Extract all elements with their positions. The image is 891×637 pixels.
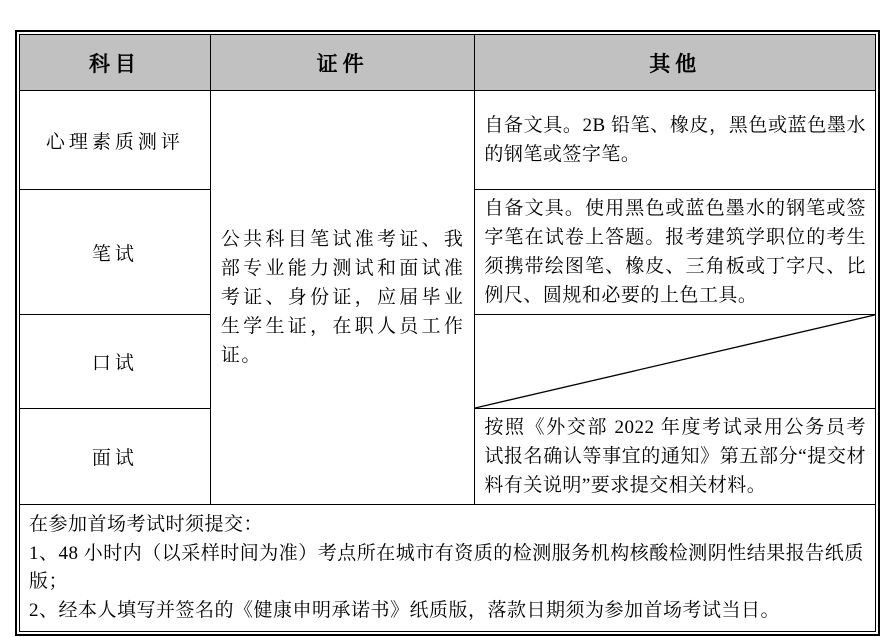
footer-line-item2: 2、经本人填写并签名的《健康申明承诺书》纸质版，落款日期须为参加首场考试当日。 — [29, 597, 866, 626]
credentials-merged-cell: 公共科目笔试准考证、我部专业能力测试和面试准考证、身份证，应届毕业生学生证，在职… — [210, 91, 475, 505]
diagonal-slash-line — [475, 315, 875, 408]
subject-oral-test: 口试 — [20, 315, 211, 409]
footer-notes-cell: 在参加首场考试时须提交： 1、48 小时内（以采样时间为准）考点所在城市有资质的… — [20, 505, 876, 632]
other-oral-test-empty-cell — [475, 315, 876, 409]
exam-requirements-table: 科目 证件 其他 心理素质测评 公共科目笔试准考证、我部专业能力测试和面试准考证… — [19, 34, 876, 632]
table-row-psych-assessment: 心理素质测评 公共科目笔试准考证、我部专业能力测试和面试准考证、身份证，应届毕业… — [20, 91, 876, 190]
exam-requirements-table-frame: 科目 证件 其他 心理素质测评 公共科目笔试准考证、我部专业能力测试和面试准考证… — [15, 30, 880, 636]
table-footer-row: 在参加首场考试时须提交： 1、48 小时内（以采样时间为准）考点所在城市有资质的… — [20, 505, 876, 632]
subject-interview: 面试 — [20, 409, 211, 505]
footer-line-intro: 在参加首场考试时须提交： — [29, 511, 866, 540]
table-header-row: 科目 证件 其他 — [20, 35, 876, 91]
other-interview: 按照《外交部 2022 年度考试录用公务员考试报名确认等事宜的通知》第五部分“提… — [475, 409, 876, 505]
subject-psych-assessment: 心理素质测评 — [20, 91, 211, 190]
subject-written-test: 笔试 — [20, 190, 211, 315]
other-written-test: 自备文具。使用黑色或蓝色墨水的钢笔或签字笔在试卷上答题。报考建筑学职位的考生须携… — [475, 190, 876, 315]
other-psych-assessment: 自备文具。2B 铅笔、橡皮，黑色或蓝色墨水的钢笔或签字笔。 — [475, 91, 876, 190]
header-other: 其他 — [475, 35, 876, 91]
header-credentials: 证件 — [210, 35, 475, 91]
header-subject: 科目 — [20, 35, 211, 91]
footer-line-item1: 1、48 小时内（以采样时间为准）考点所在城市有资质的检测服务机构核酸检测阴性结… — [29, 540, 866, 597]
